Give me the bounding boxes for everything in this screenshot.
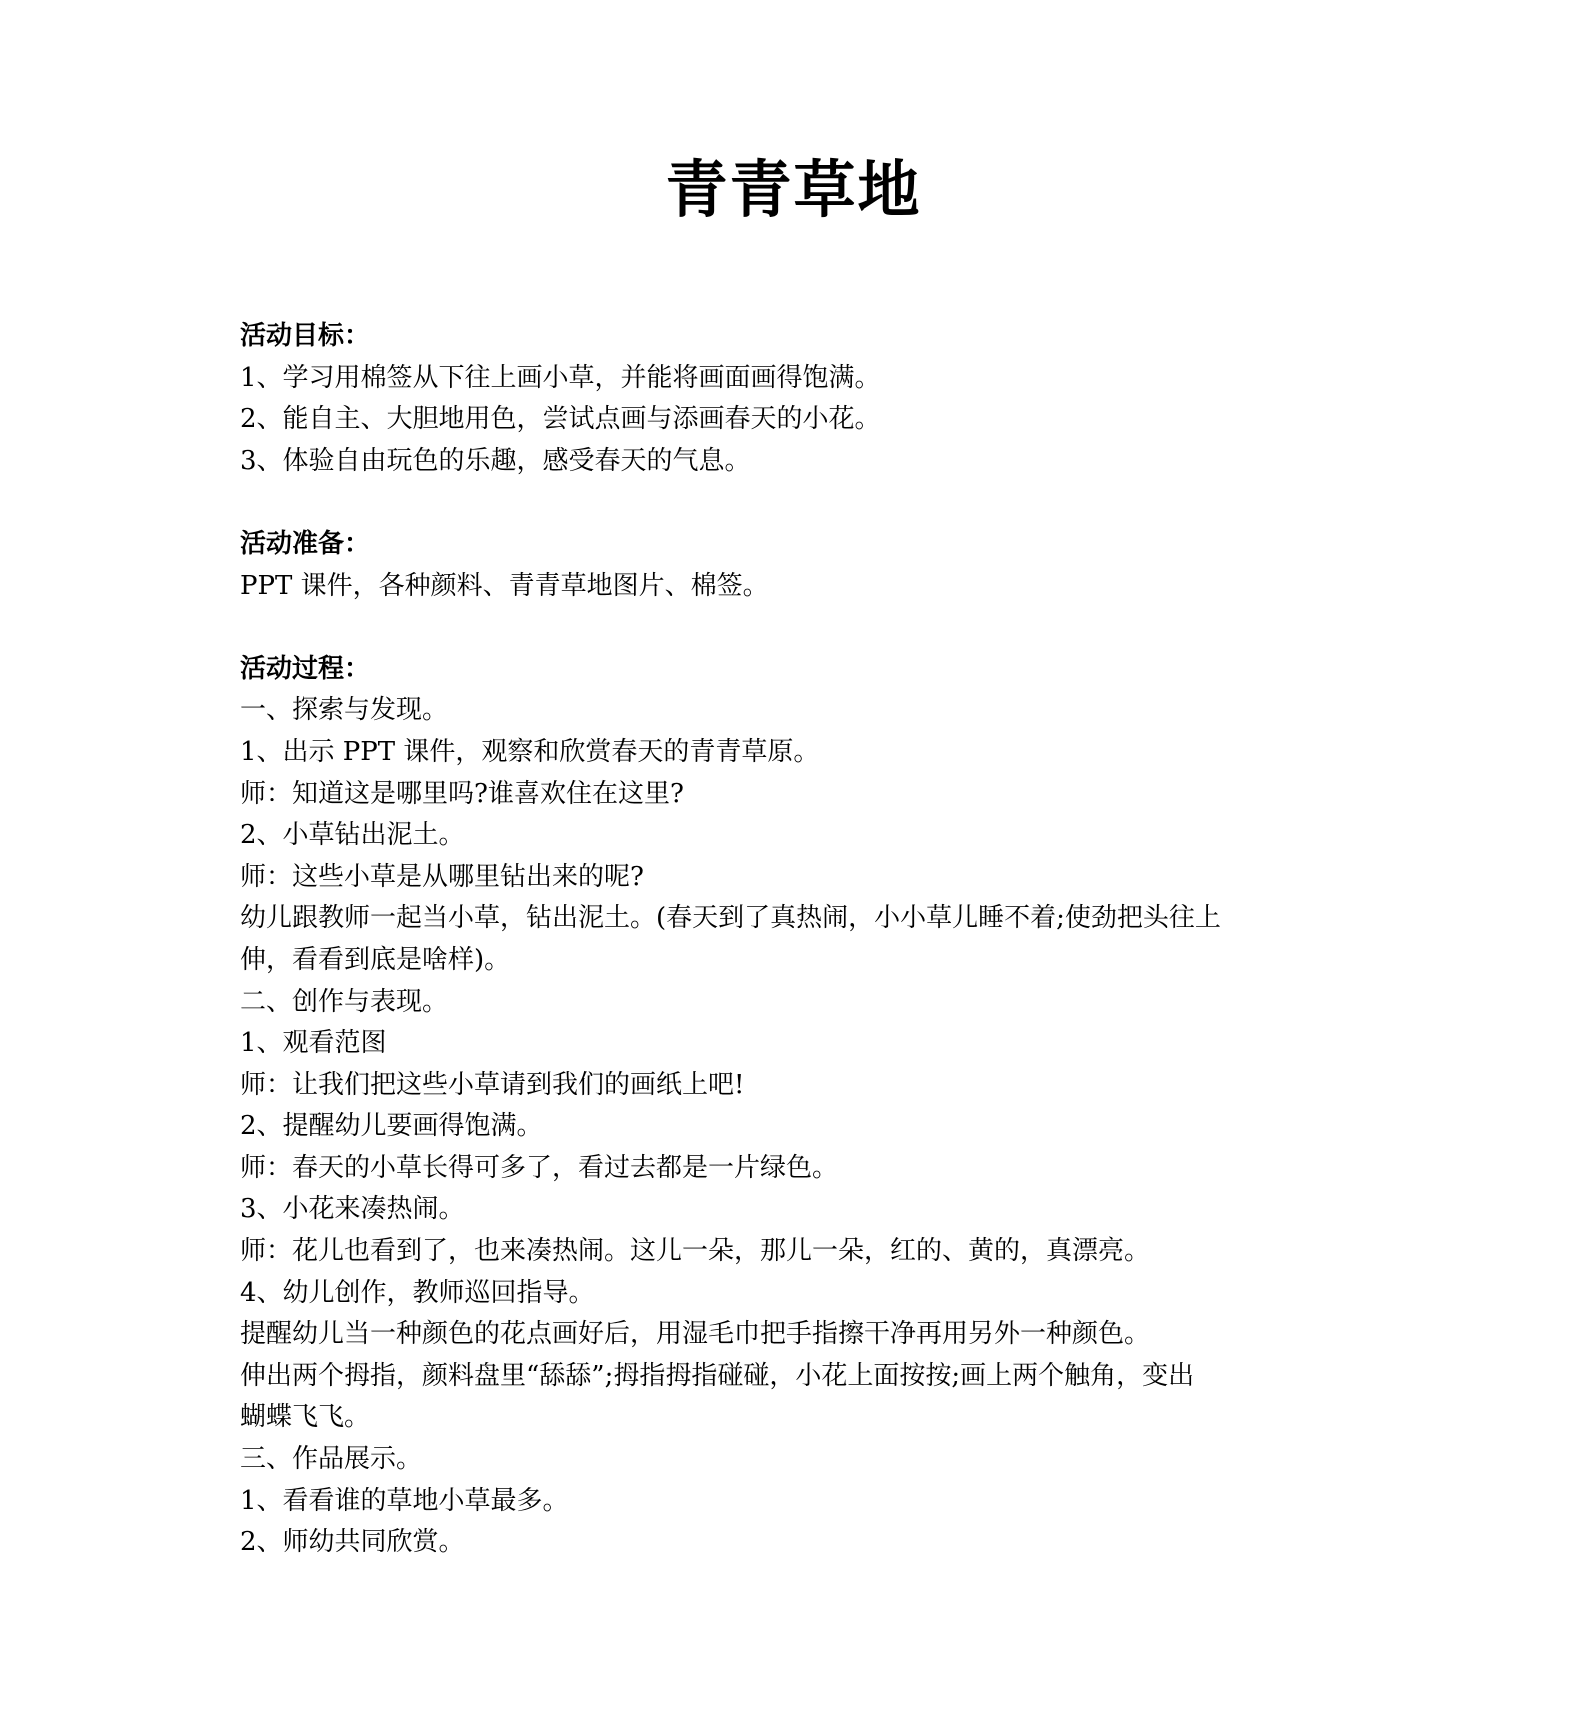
process-line: 师：让我们把这些小草请到我们的画纸上吧! bbox=[240, 1065, 1360, 1107]
goal-item: 1、学习用棉签从下往上画小草，并能将画面画得饱满。 bbox=[240, 358, 1360, 400]
process-line: 师：春天的小草长得可多了，看过去都是一片绿色。 bbox=[240, 1148, 1360, 1190]
section-heading-process: 活动过程： bbox=[240, 649, 1360, 691]
preparation-item: PPT 课件，各种颜料、青青草地图片、棉签。 bbox=[240, 566, 1360, 608]
document-body: 活动目标： 1、学习用棉签从下往上画小草，并能将画面画得饱满。 2、能自主、大胆… bbox=[240, 316, 1360, 1564]
process-line: 1、观看范图 bbox=[240, 1023, 1360, 1065]
paragraph-spacer bbox=[240, 607, 1360, 649]
process-line: 一、探索与发现。 bbox=[240, 690, 1360, 732]
process-line: 伸，看看到底是啥样)。 bbox=[240, 940, 1360, 982]
process-line: 4、幼儿创作，教师巡回指导。 bbox=[240, 1273, 1360, 1315]
process-line: 二、创作与表现。 bbox=[240, 982, 1360, 1024]
section-goals: 活动目标： 1、学习用棉签从下往上画小草，并能将画面画得饱满。 2、能自主、大胆… bbox=[240, 316, 1360, 482]
process-line: 三、作品展示。 bbox=[240, 1439, 1360, 1481]
document-page: 青青草地 活动目标： 1、学习用棉签从下往上画小草，并能将画面画得饱满。 2、能… bbox=[0, 0, 1587, 1715]
process-line: 提醒幼儿当一种颜色的花点画好后，用湿毛巾把手指擦干净再用另外一种颜色。 bbox=[240, 1314, 1360, 1356]
section-process: 活动过程： 一、探索与发现。 1、出示 PPT 课件，观察和欣赏春天的青青草原。… bbox=[240, 649, 1360, 1564]
paragraph-spacer bbox=[240, 482, 1360, 524]
process-line: 1、看看谁的草地小草最多。 bbox=[240, 1481, 1360, 1523]
process-line: 蝴蝶飞飞。 bbox=[240, 1397, 1360, 1439]
process-line: 师：这些小草是从哪里钻出来的呢? bbox=[240, 857, 1360, 899]
goal-item: 3、体验自由玩色的乐趣，感受春天的气息。 bbox=[240, 441, 1360, 483]
process-line: 2、提醒幼儿要画得饱满。 bbox=[240, 1106, 1360, 1148]
process-line: 伸出两个拇指，颜料盘里“舔舔”;拇指拇指碰碰，小花上面按按;画上两个触角，变出 bbox=[240, 1356, 1360, 1398]
section-heading-preparation: 活动准备： bbox=[240, 524, 1360, 566]
process-line: 2、小草钻出泥土。 bbox=[240, 815, 1360, 857]
section-heading-goals: 活动目标： bbox=[240, 316, 1360, 358]
process-line: 3、小花来凑热闹。 bbox=[240, 1189, 1360, 1231]
process-line: 1、出示 PPT 课件，观察和欣赏春天的青青草原。 bbox=[240, 732, 1360, 774]
section-preparation: 活动准备： PPT 课件，各种颜料、青青草地图片、棉签。 bbox=[240, 524, 1360, 607]
process-line: 幼儿跟教师一起当小草，钻出泥土。(春天到了真热闹，小小草儿睡不着;使劲把头往上 bbox=[240, 898, 1360, 940]
process-line: 师：花儿也看到了，也来凑热闹。这儿一朵，那儿一朵，红的、黄的，真漂亮。 bbox=[240, 1231, 1360, 1273]
goal-item: 2、能自主、大胆地用色，尝试点画与添画春天的小花。 bbox=[240, 399, 1360, 441]
process-line: 2、师幼共同欣赏。 bbox=[240, 1522, 1360, 1564]
process-line: 师：知道这是哪里吗?谁喜欢住在这里? bbox=[240, 774, 1360, 816]
document-title: 青青草地 bbox=[0, 150, 1587, 230]
